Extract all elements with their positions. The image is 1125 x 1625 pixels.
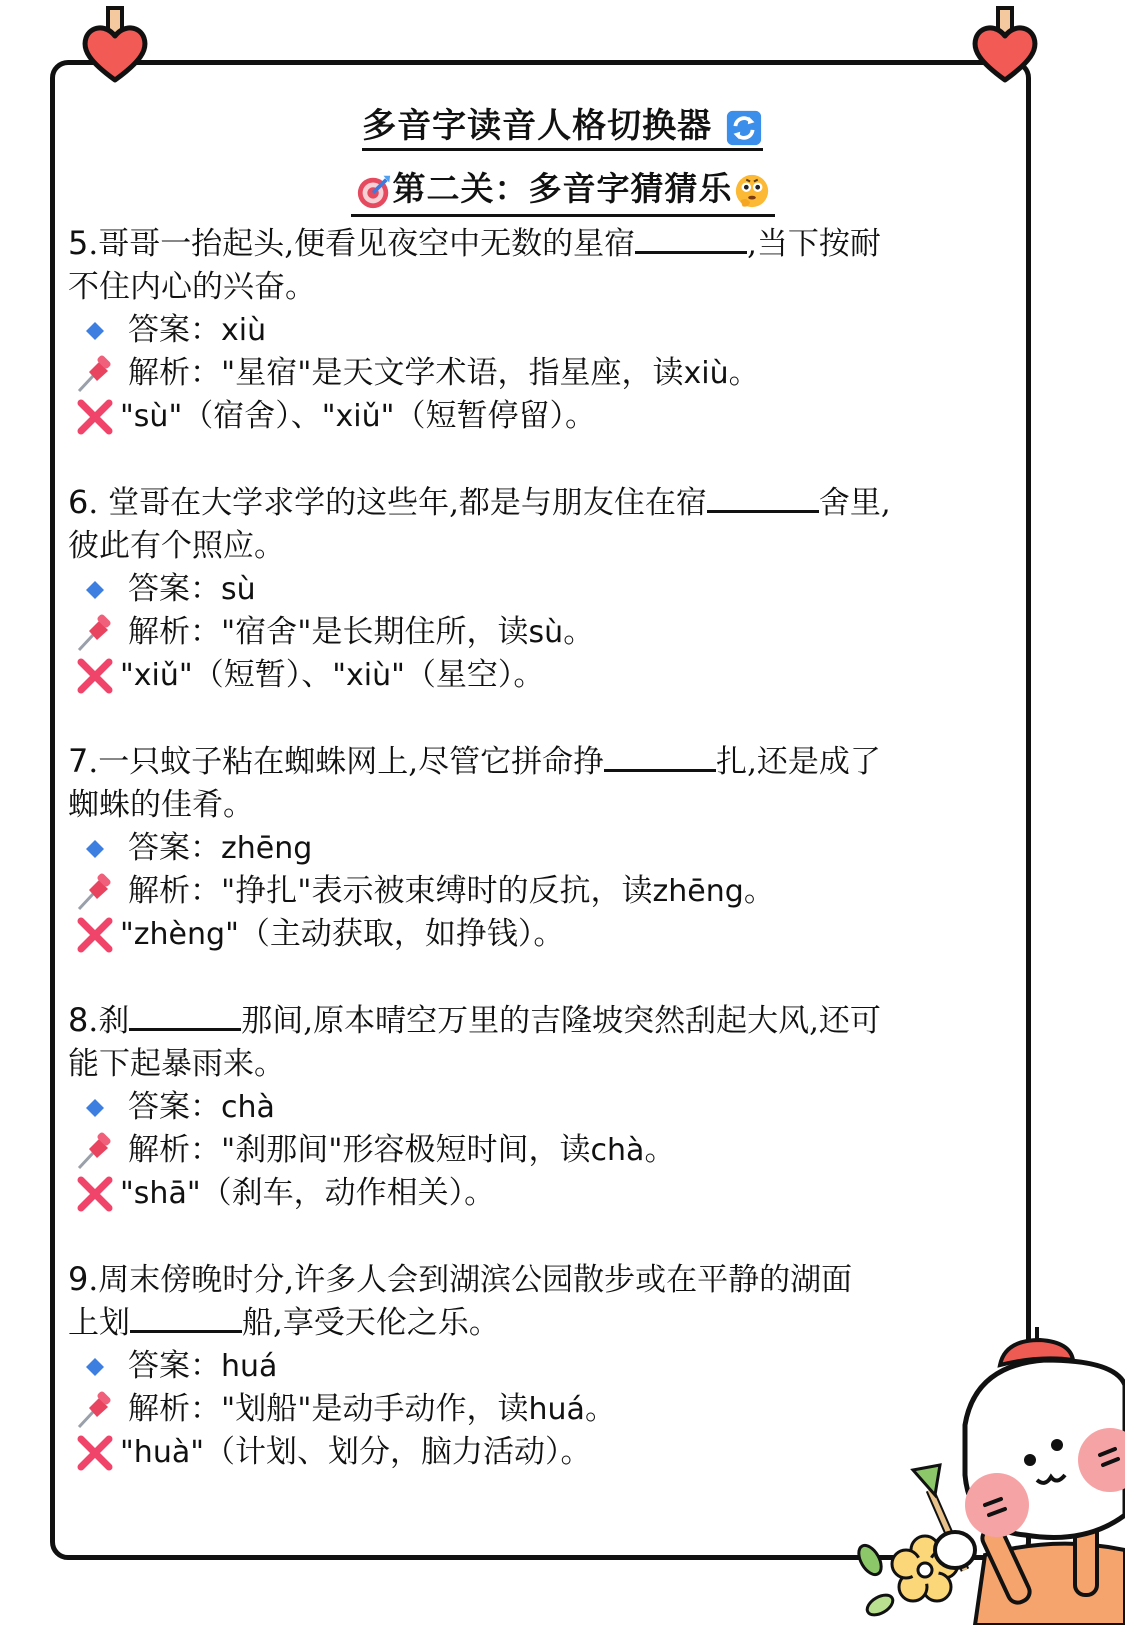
question-number: 6 bbox=[68, 483, 88, 521]
blue-diamond-icon bbox=[70, 1088, 120, 1128]
question-text-before: 上划 bbox=[68, 1305, 130, 1341]
analysis-label: 解析： bbox=[128, 352, 221, 395]
question-text: 9.周末傍晚时分,许多人会到湖滨公园散步或在平静的湖面 bbox=[68, 1258, 1028, 1302]
answer-value: zhēng bbox=[221, 827, 312, 870]
analysis-row: 解析："宿舍"是长期住所，读 sù。 bbox=[68, 611, 1028, 654]
page-title: 多音字读音人格切换器 bbox=[0, 98, 1125, 147]
question-text: 8.刹那间,原本晴空万里的吉隆坡突然刮起大风,还可 bbox=[68, 999, 1028, 1043]
analysis-label: 解析： bbox=[128, 870, 221, 913]
question-5: 5.哥哥一抬起头,便看见夜空中无数的星宿,当下按耐 不住内心的兴奋。 答案：xi… bbox=[68, 222, 1028, 438]
level-subtitle: 第二关：多音字猜猜乐 bbox=[0, 163, 1125, 217]
analysis-text: "挣扎"表示被束缚时的反抗，读 bbox=[221, 870, 653, 913]
answer-row: 答案：zhēng bbox=[68, 827, 1028, 870]
analysis-end: 。 bbox=[744, 870, 775, 913]
question-text-before: .一只蚊子粘在蜘蛛网上,尽管它拼命挣 bbox=[88, 744, 604, 780]
analysis-pinyin: huá bbox=[529, 1388, 585, 1431]
wrong-pinyin: "shā" bbox=[120, 1172, 201, 1215]
analysis-end: 。 bbox=[644, 1129, 675, 1172]
question-text: 6. 堂哥在大学求学的这些年,都是与朋友住在宿舍里, bbox=[68, 481, 1028, 525]
wrong-row: "sù"（宿舍）、"xiǔ"（短暂停留）。 bbox=[68, 395, 1028, 438]
wrong-row: "xiǔ"（短暂）、"xiù"（星空）。 bbox=[68, 654, 1028, 697]
title-text: 多音字读音人格切换器 bbox=[362, 106, 712, 146]
question-text-line2: 蜘蛛的佳肴。 bbox=[68, 784, 1028, 827]
target-dart-icon bbox=[355, 172, 393, 210]
analysis-pinyin: xiù bbox=[684, 352, 729, 395]
analysis-pinyin: zhēng bbox=[653, 870, 744, 913]
blue-diamond-icon bbox=[70, 1347, 120, 1387]
cross-mark-icon bbox=[70, 397, 120, 437]
refresh-arrows-icon bbox=[725, 109, 763, 147]
question-number: 7 bbox=[68, 742, 88, 780]
answer-value: sù bbox=[221, 568, 256, 611]
answer-value: chà bbox=[221, 1086, 275, 1129]
analysis-pinyin: chà bbox=[591, 1129, 645, 1172]
pushpin-icon bbox=[70, 1131, 120, 1171]
answer-value: huá bbox=[221, 1345, 277, 1388]
question-number: 9 bbox=[68, 1260, 88, 1298]
wrong-note: （星空）。 bbox=[405, 654, 545, 697]
wrong-pinyin: "zhèng" bbox=[120, 913, 239, 956]
subtitle-text: 第二关：多音字猜猜乐 bbox=[393, 169, 733, 208]
question-7: 7.一只蚊子粘在蜘蛛网上,尽管它拼命挣扎,还是成了 蜘蛛的佳肴。 答案：zhēn… bbox=[68, 740, 1028, 956]
analysis-end: 。 bbox=[729, 352, 760, 395]
wrong-note: （计划、划分，脑力活动）。 bbox=[204, 1431, 592, 1474]
answer-blank[interactable] bbox=[635, 225, 747, 254]
wrong-row: "shā"（刹车，动作相关）。 bbox=[68, 1172, 1028, 1215]
analysis-label: 解析： bbox=[128, 1388, 221, 1431]
cross-mark-icon bbox=[70, 915, 120, 955]
question-text-line2: 能下起暴雨来。 bbox=[68, 1043, 1028, 1086]
wrong-note: （短暂）、 bbox=[193, 654, 333, 697]
cross-mark-icon bbox=[70, 1174, 120, 1214]
analysis-text: "划船"是动手动作，读 bbox=[221, 1388, 529, 1431]
answer-blank[interactable] bbox=[129, 1002, 241, 1031]
blue-diamond-icon bbox=[70, 311, 120, 351]
analysis-row: 解析："刹那间"形容极短时间，读 chà。 bbox=[68, 1129, 1028, 1172]
question-text: 7.一只蚊子粘在蜘蛛网上,尽管它拼命挣扎,还是成了 bbox=[68, 740, 1028, 784]
question-text-after: ,当下按耐 bbox=[747, 226, 881, 262]
question-text-after: 舍里, bbox=[819, 485, 891, 521]
wrong-pinyin: "xiǔ" bbox=[120, 654, 193, 697]
wrong-pinyin: "xiǔ" bbox=[322, 395, 395, 438]
cross-mark-icon bbox=[70, 1433, 120, 1473]
cross-mark-icon bbox=[70, 656, 120, 696]
analysis-pinyin: sù bbox=[529, 611, 564, 654]
wrong-pinyin: "huà" bbox=[120, 1431, 204, 1474]
wrong-note: （宿舍）、 bbox=[182, 395, 322, 438]
analysis-end: 。 bbox=[563, 611, 594, 654]
thinking-face-icon bbox=[733, 172, 771, 210]
wrong-note: （短暂停留）。 bbox=[394, 395, 596, 438]
heart-pin-icon bbox=[970, 6, 1040, 86]
question-text-before: . 堂哥在大学求学的这些年,都是与朋友住在宿 bbox=[88, 485, 707, 521]
wrong-pinyin: "sù" bbox=[120, 395, 182, 438]
pushpin-icon bbox=[70, 613, 120, 653]
answer-label: 答案： bbox=[128, 1345, 221, 1388]
cat-painter-mascot-icon bbox=[825, 1305, 1125, 1625]
wrong-pinyin: "xiù" bbox=[332, 654, 405, 697]
question-text-after: 那间,原本晴空万里的吉隆坡突然刮起大风,还可 bbox=[241, 1003, 881, 1039]
question-text: 5.哥哥一抬起头,便看见夜空中无数的星宿,当下按耐 bbox=[68, 222, 1028, 266]
question-8: 8.刹那间,原本晴空万里的吉隆坡突然刮起大风,还可 能下起暴雨来。 答案：chà… bbox=[68, 999, 1028, 1215]
question-text-line2: 不住内心的兴奋。 bbox=[68, 266, 1028, 309]
wrong-note: （刹车，动作相关）。 bbox=[201, 1172, 496, 1215]
analysis-text: "刹那间"形容极短时间，读 bbox=[221, 1129, 591, 1172]
answer-label: 答案： bbox=[128, 309, 221, 352]
analysis-row: 解析："星宿"是天文学术语，指星座，读 xiù。 bbox=[68, 352, 1028, 395]
pushpin-icon bbox=[70, 354, 120, 394]
analysis-label: 解析： bbox=[128, 1129, 221, 1172]
wrong-note: （主动获取，如挣钱）。 bbox=[239, 913, 565, 956]
answer-value: xiù bbox=[221, 309, 266, 352]
question-text-after: 船,享受天伦之乐。 bbox=[242, 1305, 500, 1341]
answer-label: 答案： bbox=[128, 568, 221, 611]
question-6: 6. 堂哥在大学求学的这些年,都是与朋友住在宿舍里, 彼此有个照应。 答案：sù… bbox=[68, 481, 1028, 697]
question-text-before: .周末傍晚时分,许多人会到湖滨公园散步或在平静的湖面 bbox=[88, 1262, 852, 1298]
question-text-before: .刹 bbox=[88, 1003, 129, 1039]
question-number: 5 bbox=[68, 224, 88, 262]
pushpin-icon bbox=[70, 1390, 120, 1430]
pushpin-icon bbox=[70, 872, 120, 912]
answer-label: 答案： bbox=[128, 827, 221, 870]
question-text-before: .哥哥一抬起头,便看见夜空中无数的星宿 bbox=[88, 226, 635, 262]
answer-blank[interactable] bbox=[130, 1304, 242, 1333]
answer-blank[interactable] bbox=[604, 743, 716, 772]
wrong-row: "zhèng"（主动获取，如挣钱）。 bbox=[68, 913, 1028, 956]
analysis-row: 解析："挣扎"表示被束缚时的反抗，读 zhēng。 bbox=[68, 870, 1028, 913]
blue-diamond-icon bbox=[70, 570, 120, 610]
question-number: 8 bbox=[68, 1001, 88, 1039]
analysis-text: "星宿"是天文学术语，指星座，读 bbox=[221, 352, 684, 395]
heart-pin-icon bbox=[80, 6, 150, 86]
answer-label: 答案： bbox=[128, 1086, 221, 1129]
answer-blank[interactable] bbox=[707, 484, 819, 513]
analysis-text: "宿舍"是长期住所，读 bbox=[221, 611, 529, 654]
question-text-after: 扎,还是成了 bbox=[716, 744, 881, 780]
analysis-label: 解析： bbox=[128, 611, 221, 654]
answer-row: 答案：chà bbox=[68, 1086, 1028, 1129]
answer-row: 答案：sù bbox=[68, 568, 1028, 611]
question-text-line2: 彼此有个照应。 bbox=[68, 525, 1028, 568]
answer-row: 答案：xiù bbox=[68, 309, 1028, 352]
blue-diamond-icon bbox=[70, 829, 120, 869]
analysis-end: 。 bbox=[585, 1388, 616, 1431]
